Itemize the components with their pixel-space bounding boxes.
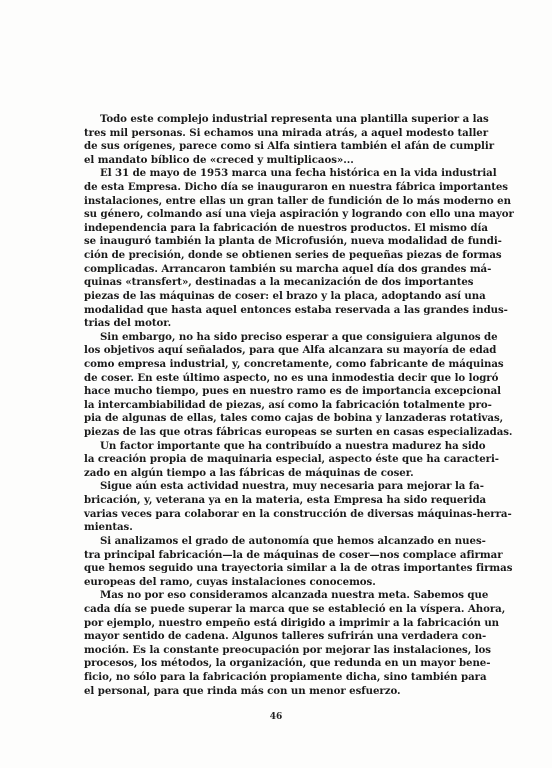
text-line: Un factor importante que ha contribuído …	[84, 440, 433, 454]
page-number: 46	[0, 712, 552, 722]
paragraph: Todo este complejo industrial representa…	[84, 113, 433, 167]
text-line: se inauguró también la planta de Microfu…	[84, 235, 433, 249]
text-line: moción. Es la constante preocupación por…	[84, 644, 433, 658]
text-line: Todo este complejo industrial representa…	[84, 113, 433, 127]
text-line: de sus orígenes, parece como si Alfa sin…	[84, 140, 433, 154]
text-line: bricación, y, veterana ya en la materia,…	[84, 494, 433, 508]
text-line: procesos, los métodos, la organización, …	[84, 657, 433, 671]
text-line: tra principal fabricación—la de máquinas…	[84, 549, 433, 563]
text-line: los objetivos aquí señalados, para que A…	[84, 344, 433, 358]
text-line: complicadas. Arrancaron también su march…	[84, 263, 433, 277]
text-line: quinas «transfert», destinadas a la meca…	[84, 276, 433, 290]
text-line: la intercambiabilidad de piezas, así com…	[84, 399, 433, 413]
text-line: zado en algún tiempo a las fábricas de m…	[84, 467, 433, 481]
text-line: Sigue aún esta actividad nuestra, muy ne…	[84, 480, 433, 494]
text-line: por ejemplo, nuestro empeño está dirigid…	[84, 617, 433, 631]
paragraph: El 31 de mayo de 1953 marca una fecha hi…	[84, 167, 433, 330]
text-line: su género, colmando así una vieja aspira…	[84, 208, 433, 222]
text-line: piezas de las que otras fábricas europea…	[84, 426, 433, 440]
text-line: trias del motor.	[84, 317, 433, 331]
text-line: pia de algunas de ellas, tales como caja…	[84, 412, 433, 426]
text-line: El 31 de mayo de 1953 marca una fecha hi…	[84, 167, 433, 181]
text-line: Mas no por eso consideramos alcanzada nu…	[84, 589, 433, 603]
text-line: mayor sentido de cadena. Algunos tallere…	[84, 630, 433, 644]
text-line: europeas del ramo, cuyas instalaciones c…	[84, 576, 433, 590]
text-line: la creación propia de maquinaria especia…	[84, 453, 433, 467]
text-line: que hemos seguido una trayectoria simila…	[84, 562, 433, 576]
paragraph: Si analizamos el grado de autonomía que …	[84, 535, 433, 589]
text-line: hace mucho tiempo, pues en nuestro ramo …	[84, 385, 433, 399]
text-line: varias veces para colaborar en la constr…	[84, 508, 433, 522]
text-line: Si analizamos el grado de autonomía que …	[84, 535, 433, 549]
text-line: el personal, para que rinda más con un m…	[84, 685, 433, 699]
text-line: Sin embargo, no ha sido preciso esperar …	[84, 331, 433, 345]
text-line: modalidad que hasta aquel entonces estab…	[84, 304, 433, 318]
text-line: ción de precisión, donde se obtienen ser…	[84, 249, 433, 263]
paragraph: Mas no por eso consideramos alcanzada nu…	[84, 589, 433, 698]
text-line: ficio, no sólo para la fabricación propi…	[84, 671, 433, 685]
text-line: tres mil personas. Si echamos una mirada…	[84, 127, 433, 141]
text-line: como empresa industrial, y, concretament…	[84, 358, 433, 372]
text-line: independencia para la fabricación de nue…	[84, 222, 433, 236]
text-line: de coser. En este último aspecto, no es …	[84, 372, 433, 386]
text-line: mientas.	[84, 521, 433, 535]
text-line: el mandato bíblico de «creced y multipli…	[84, 154, 433, 168]
paragraph: Sigue aún esta actividad nuestra, muy ne…	[84, 480, 433, 534]
text-line: instalaciones, entre ellas un gran talle…	[84, 195, 433, 209]
text-line: de esta Empresa. Dicho día se inauguraro…	[84, 181, 433, 195]
paragraph: Un factor importante que ha contribuído …	[84, 440, 433, 481]
paragraph: Sin embargo, no ha sido preciso esperar …	[84, 331, 433, 440]
text-line: piezas de las máquinas de coser: el braz…	[84, 290, 433, 304]
body-text: Todo este complejo industrial representa…	[84, 113, 433, 698]
text-line: cada día se puede superar la marca que s…	[84, 603, 433, 617]
